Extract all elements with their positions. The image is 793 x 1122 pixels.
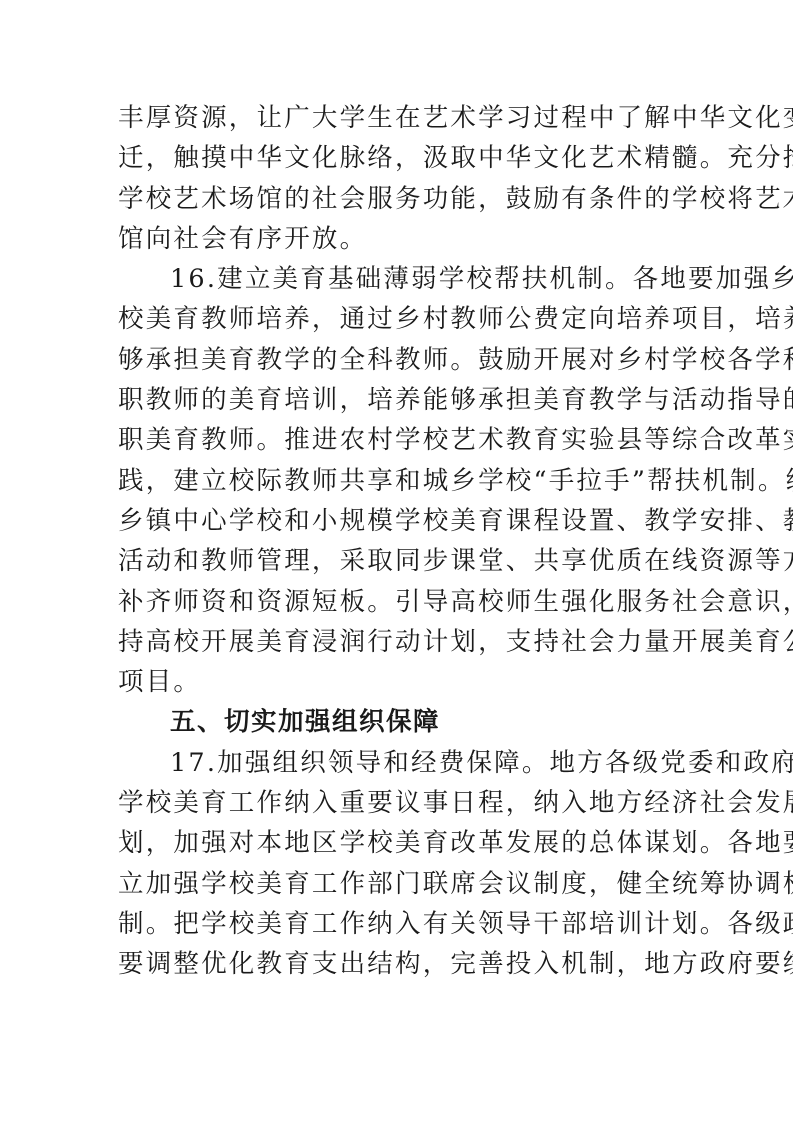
text-line: 职教师的美育培训，培养能够承担美育教学与活动指导的兼 [118,380,674,420]
text-line: 践，建立校际教师共享和城乡学校“手拉手”帮扶机制。统筹 [118,461,674,501]
text-line: 学校艺术场馆的社会服务功能，鼓励有条件的学校将艺术场 [118,179,674,219]
text-line: 补齐师资和资源短板。引导高校师生强化服务社会意识，支 [118,582,674,622]
text-line: 够承担美育教学的全科教师。鼓励开展对乡村学校各学科在 [118,340,674,380]
text-line: 17.加强组织领导和经费保障。地方各级党委和政府要把 [118,743,674,783]
text-line: 要调整优化教育支出结构，完善投入机制，地方政府要统筹 [118,944,674,984]
section-heading: 五、切实加强组织保障 [118,702,674,742]
text-line: 项目。 [118,662,674,702]
text-line: 立加强学校美育工作部门联席会议制度，健全统筹协调机 [118,864,674,904]
text-line: 校美育教师培养，通过乡村教师公费定向培养项目，培养能 [118,299,674,339]
text-line: 制。把学校美育工作纳入有关领导干部培训计划。各级政府 [118,904,674,944]
text-line: 16.建立美育基础薄弱学校帮扶机制。各地要加强乡村学 [118,259,674,299]
text-line: 职美育教师。推进农村学校艺术教育实验县等综合改革实 [118,420,674,460]
document-page: 丰厚资源，让广大学生在艺术学习过程中了解中华文化变 迁，触摸中华文化脉络，汲取中… [118,98,674,985]
text-line: 活动和教师管理，采取同步课堂、共享优质在线资源等方式， [118,541,674,581]
text-line: 持高校开展美育浸润行动计划，支持社会力量开展美育公益 [118,622,674,662]
text-line: 馆向社会有序开放。 [118,219,674,259]
text-line: 学校美育工作纳入重要议事日程，纳入地方经济社会发展规 [118,783,674,823]
paragraph-continued: 丰厚资源，让广大学生在艺术学习过程中了解中华文化变 迁，触摸中华文化脉络，汲取中… [118,98,674,259]
paragraph-item-16: 16.建立美育基础薄弱学校帮扶机制。各地要加强乡村学 校美育教师培养，通过乡村教… [118,259,674,702]
text-line: 划，加强对本地区学校美育改革发展的总体谋划。各地要建 [118,823,674,863]
text-line: 丰厚资源，让广大学生在艺术学习过程中了解中华文化变 [118,98,674,138]
paragraph-item-17: 17.加强组织领导和经费保障。地方各级党委和政府要把 学校美育工作纳入重要议事日… [118,743,674,985]
text-line: 迁，触摸中华文化脉络，汲取中华文化艺术精髓。充分挖掘 [118,138,674,178]
text-line: 乡镇中心学校和小规模学校美育课程设置、教学安排、教研 [118,501,674,541]
